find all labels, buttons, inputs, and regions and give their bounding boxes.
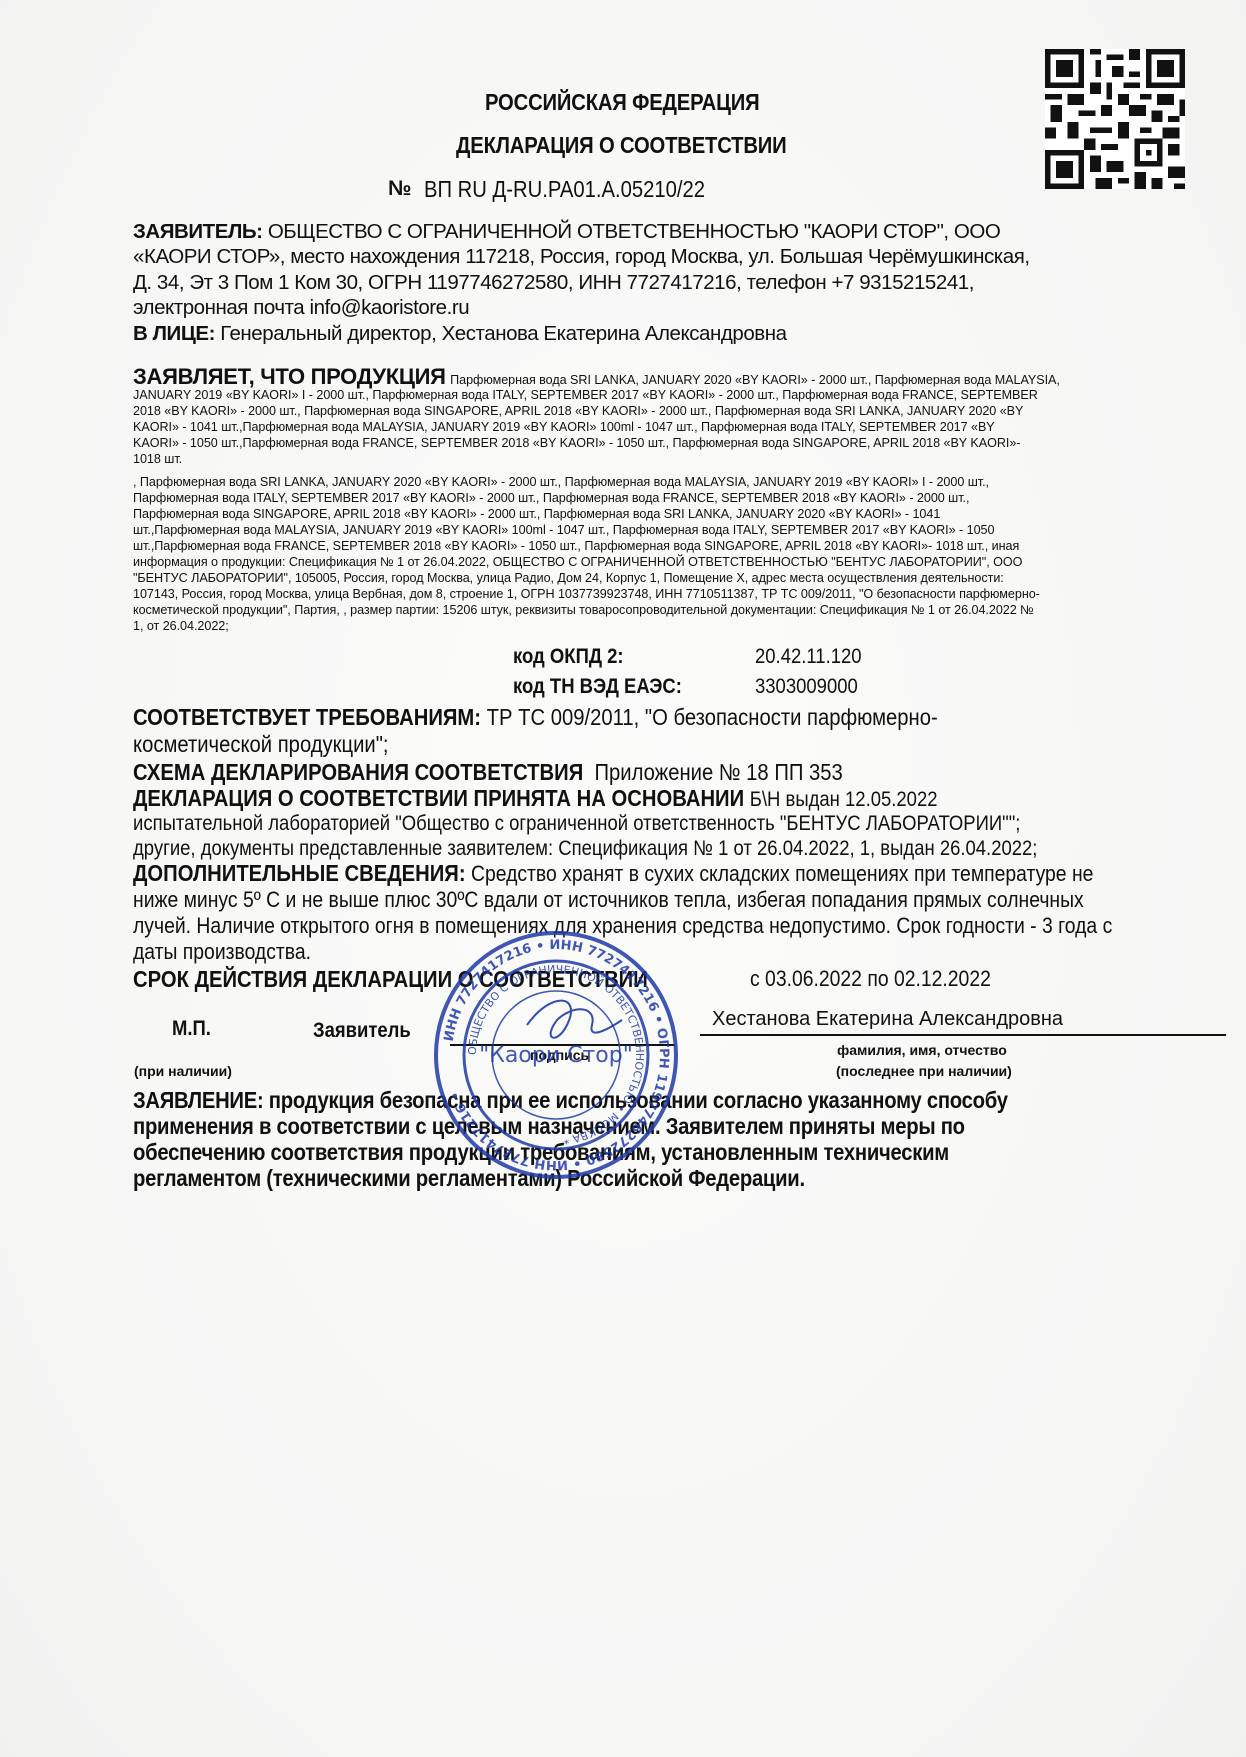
applicant-email-line: электронная почта info@kaoristore.ru — [133, 298, 469, 319]
number-label: № — [388, 178, 411, 199]
represented-by: Генеральный директор, Хестанова Екатерин… — [220, 322, 786, 345]
product-info-line: 1, от 26.04.2022; — [133, 620, 229, 633]
product-info-line: , Парфюмерная вода SRI LANKA, JANUARY 20… — [133, 476, 989, 489]
product-line-0: ЗАЯВЛЯЕТ, ЧТО ПРОДУКЦИЯ Парфюмерная вода… — [133, 366, 1060, 388]
tnved-label: код ТН ВЭД ЕАЭС: — [513, 676, 682, 697]
product-line: 1018 шт. — [133, 453, 182, 466]
validity-value: с 03.06.2022 по 02.12.2022 — [750, 968, 991, 990]
applicant-sign-label: Заявитель — [313, 1020, 411, 1041]
product-line: KAORI» - 1050 шт.,Парфюмерная вода FRANC… — [133, 437, 1020, 450]
product-line: 2018 «BY KAORI» - 2000 шт., Парфюмерная … — [133, 405, 1023, 418]
basis-label: ДЕКЛАРАЦИЯ О СООТВЕТСТВИИ ПРИНЯТА НА ОСН… — [133, 785, 744, 811]
seal-center-text: "Каори Стор" — [479, 1043, 633, 1068]
basis-line-3: другие, документы представленные заявите… — [133, 838, 1037, 859]
scheme-value: Приложение № 18 ПП 353 — [595, 759, 843, 785]
represented-label: В ЛИЦЕ: — [133, 322, 215, 345]
signer-name: Хестанова Екатерина Александровна — [712, 1009, 1063, 1029]
product-info-line: косметической продукции", Партия, , разм… — [133, 604, 1034, 617]
country-title: РОССИЙСКАЯ ФЕДЕРАЦИЯ — [485, 91, 759, 114]
product-info-line: "БЕНТУС ЛАБОРАТОРИИ", 105005, Россия, го… — [133, 572, 1004, 585]
signature-scribble — [527, 1001, 622, 1038]
tnved-value: 3303009000 — [755, 676, 858, 697]
name-line — [700, 1034, 1226, 1036]
scheme-label: СХЕМА ДЕКЛАРИРОВАНИЯ СООТВЕТСТВИЯ — [133, 759, 583, 785]
product-text: Парфюмерная вода SRI LANKA, JANUARY 2020… — [450, 373, 1060, 387]
okpd-value: 20.42.11.120 — [755, 646, 862, 667]
statement-label: ЗАЯВЛЕНИЕ: — [133, 1087, 263, 1113]
basis-line-1: ДЕКЛАРАЦИЯ О СООТВЕТСТВИИ ПРИНЯТА НА ОСН… — [133, 787, 938, 810]
requirements-value: ТР ТС 009/2011, "О безопасности парфюмер… — [487, 704, 938, 730]
additional-label: ДОПОЛНИТЕЛЬНЫЕ СВЕДЕНИЯ: — [133, 860, 466, 886]
applicant-line-2: «КАОРИ СТОР», место нахождения 117218, Р… — [133, 247, 1030, 268]
applicant-label: ЗАЯВИТЕЛЬ: — [133, 220, 263, 243]
declaration-number: ВП RU Д-RU.PA01.A.05210/22 — [424, 178, 705, 201]
product-info-line: Парфюмерная вода ITALY, SEPTEMBER 2017 «… — [133, 492, 969, 505]
product-line: KAORI» - 1041 шт.,Парфюмерная вода MALAY… — [133, 421, 995, 434]
additional-line-1: ДОПОЛНИТЕЛЬНЫЕ СВЕДЕНИЯ: Средство хранят… — [133, 862, 1093, 885]
basis-line-2: испытательной лабораторией "Общество с о… — [133, 813, 1020, 834]
applicant-text: ОБЩЕСТВО С ОГРАНИЧЕННОЙ ОТВЕТСТВЕННОСТЬЮ… — [268, 220, 1001, 243]
product-info-line: Парфюмерная вода SINGAPORE, APRIL 2018 «… — [133, 508, 940, 521]
applicant-line-3: Д. 34, Эт 3 Пом 1 Ком 30, ОГРН 119774627… — [133, 273, 974, 294]
additional-line-2: ниже минус 5º С и не выше плюс 30ºС вдал… — [133, 889, 1084, 911]
additional-text: Средство хранят в сухих складских помеще… — [471, 861, 1093, 886]
name-caption: фамилия, имя, отчество — [837, 1043, 1007, 1057]
product-info-line: шт.,Парфюмерная вода FRANCE, SEPTEMBER 2… — [133, 540, 1019, 553]
name-caption-note: (последнее при наличии) — [836, 1064, 1012, 1078]
applicant-line-1: ЗАЯВИТЕЛЬ: ОБЩЕСТВО С ОГРАНИЧЕННОЙ ОТВЕТ… — [133, 222, 1000, 243]
document-page: РОССИЙСКАЯ ФЕДЕРАЦИЯ ДЕКЛАРАЦИЯ О СООТВЕ… — [0, 0, 1246, 1757]
company-seal-icon: ИНН 7727417216 • ИНН 7727417216 • ОГРН 1… — [432, 930, 680, 1180]
basis-value: Б\Н выдан 12.05.2022 — [750, 788, 938, 811]
requirements-label: СООТВЕТСТВУЕТ ТРЕБОВАНИЯМ: — [133, 704, 481, 730]
mp-note: (при наличии) — [134, 1064, 232, 1078]
requirements-line-1: СООТВЕТСТВУЕТ ТРЕБОВАНИЯМ: ТР ТС 009/201… — [133, 706, 938, 729]
scheme-line: СХЕМА ДЕКЛАРИРОВАНИЯ СООТВЕТСТВИЯ Прилож… — [133, 761, 843, 784]
additional-line-4: даты производства. — [133, 941, 311, 963]
represented-by-line: В ЛИЦЕ: Генеральный директор, Хестанова … — [133, 324, 787, 345]
product-info-line: 107143, Россия, город Москва, улица Верб… — [133, 588, 1040, 601]
product-info-line: информация о продукции: Спецификация № 1… — [133, 556, 1022, 569]
product-line: JANUARY 2019 «BY KAORI» I - 2000 шт., Па… — [133, 389, 1038, 402]
product-label: ЗАЯВЛЯЕТ, ЧТО ПРОДУКЦИЯ — [133, 364, 446, 389]
requirements-line-2: косметической продукции"; — [133, 733, 389, 756]
okpd-label: код ОКПД 2: — [513, 646, 624, 667]
mp-label: М.П. — [172, 1018, 211, 1039]
product-info-line: шт.,Парфюмерная вода MALAYSIA, JANUARY 2… — [133, 524, 994, 537]
qr-code-icon — [1045, 45, 1185, 193]
document-title: ДЕКЛАРАЦИЯ О СООТВЕТСТВИИ — [456, 134, 787, 157]
